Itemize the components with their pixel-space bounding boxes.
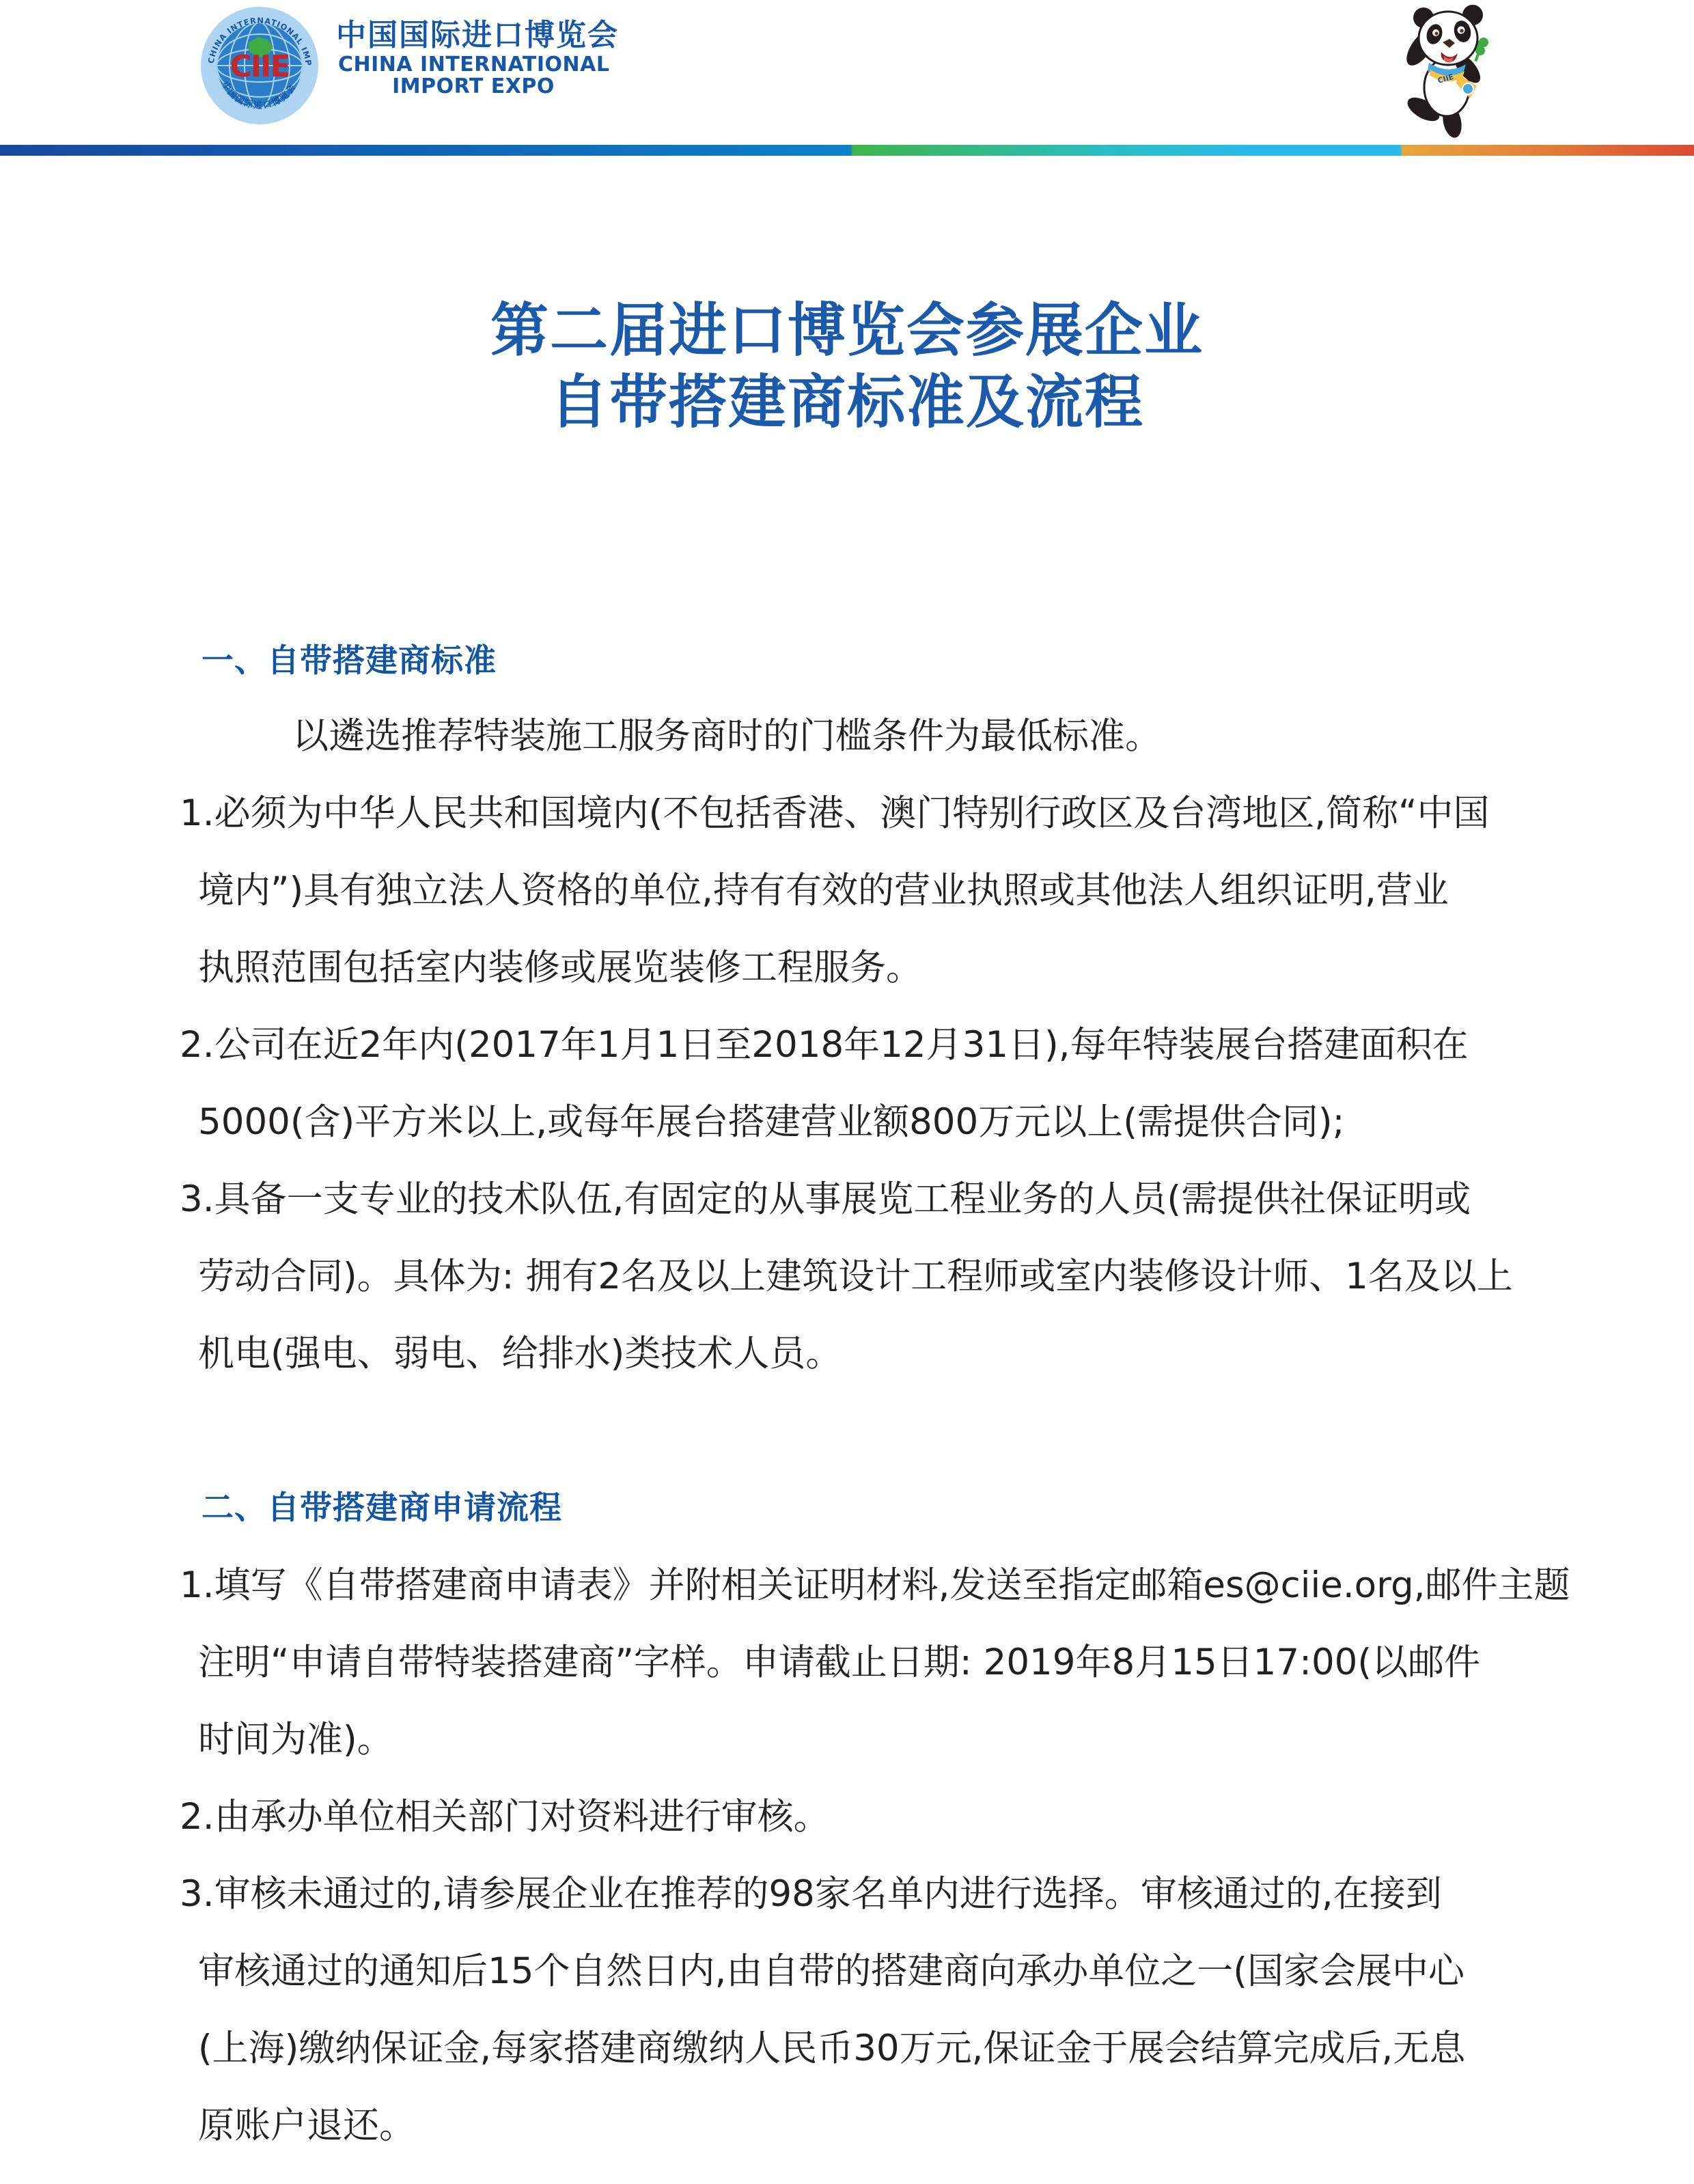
- document-title: 第二届进口博览会参展企业 自带搭建商标准及流程: [0, 295, 1694, 439]
- brand-name-english-line2: IMPORT EXPO: [338, 75, 609, 98]
- section2-item3-line3: (上海)缴纳保证金,每家搭建商缴纳人民币30万元,保证金于展会结算完成后,无息: [198, 2021, 1465, 2076]
- section1-item3-line1: 3.具备一支专业的技术队伍,有固定的从事展览工程业务的人员(需提供社保证明或: [180, 1172, 1471, 1227]
- brand-name-english-line1: CHINA INTERNATIONAL: [338, 53, 609, 77]
- section2-item3-line1: 3.审核未通过的,请参展企业在推荐的98家名单内进行选择。审核通过的,在接到: [180, 1867, 1442, 1922]
- section1-item1-line2: 境内”)具有独立法人资格的单位,持有有效的营业执照或其他法人组织证明,营业: [198, 863, 1449, 918]
- header-gradient-bar: [0, 145, 1694, 156]
- section1-item2-line1: 2.公司在近2年内(2017年1月1日至2018年12月31日),每年特装展台搭…: [180, 1018, 1469, 1073]
- section1-item1-line1: 1.必须为中华人民共和国境内(不包括香港、澳门特别行政区及台湾地区,简称“中国: [180, 786, 1490, 841]
- document-page: CIIE CHINA INTERNATIONAL IMPORT EXPO 中国国…: [0, 0, 1694, 2184]
- section2-item1-line3: 时间为准)。: [198, 1713, 393, 1767]
- section2-item1-line2: 注明“申请自带特装搭建商”字样。申请截止日期: 2019年8月15日17:00(…: [198, 1635, 1480, 1690]
- section2-item3-line4: 原账户退还。: [198, 2099, 415, 2153]
- section1-intro: 以遴选推荐特装施工服务商时的门槛条件为最低标准。: [292, 709, 1161, 764]
- section2-heading: 二、自带搭建商申请流程: [202, 1481, 562, 1536]
- section1-heading: 一、自带搭建商标准: [202, 634, 497, 689]
- section1-item3-line3: 机电(强电、弱电、给排水)类技术人员。: [198, 1327, 842, 1381]
- brand-name-chinese: 中国国际进口博览会: [336, 18, 619, 53]
- section2-item2-line1: 2.由承办单位相关部门对资料进行审核。: [180, 1790, 830, 1844]
- section2-item1-line1: 1.填写《自带搭建商申请表》并附相关证明材料,发送至指定邮箱es@ciie.or…: [180, 1558, 1570, 1613]
- section1-item2-line2: 5000(含)平方米以上,或每年展台搭建营业额800万元以上(需提供合同);: [198, 1095, 1344, 1150]
- panda-mascot-icon: CIIE: [1398, 0, 1501, 138]
- ciie-logo-icon: CIIE CHINA INTERNATIONAL IMPORT EXPO 中国国…: [201, 7, 318, 124]
- logo-ciie-letters: CIIE: [230, 49, 289, 84]
- section1-item1-line3: 执照范围包括室内装修或展览装修工程服务。: [198, 941, 922, 995]
- section1-item3-line2: 劳动合同)。具体为: 拥有2名及以上建筑设计工程师或室内装修设计师、1名及以上: [198, 1249, 1513, 1304]
- section2-item3-line2: 审核通过的通知后15个自然日内,由自带的搭建商向承办单位之一(国家会展中心: [198, 1944, 1464, 1999]
- document-title-line1: 第二届进口博览会参展企业: [0, 295, 1694, 367]
- document-title-line2: 自带搭建商标准及流程: [0, 367, 1694, 439]
